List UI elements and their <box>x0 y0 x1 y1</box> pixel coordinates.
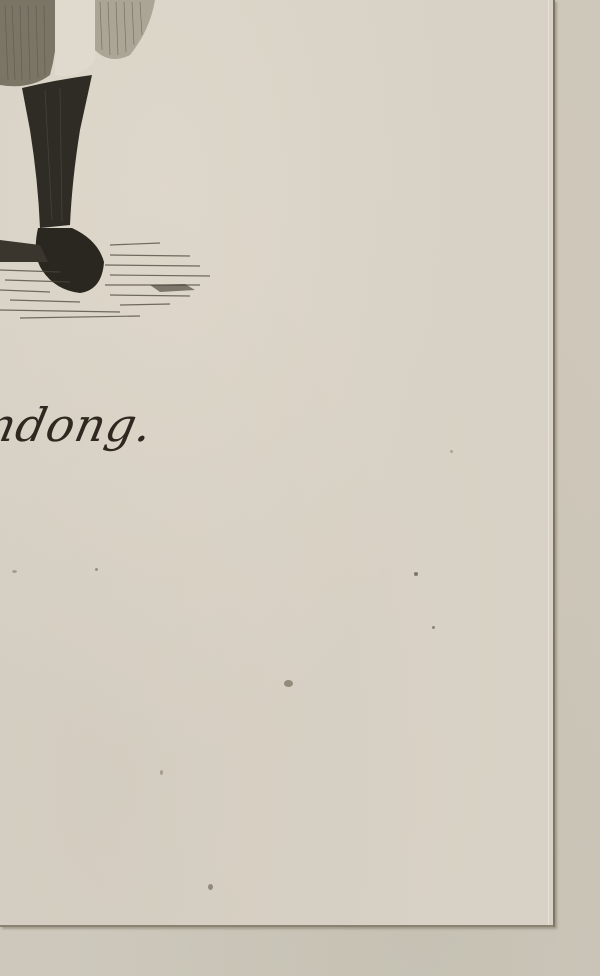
garment-hatching <box>0 0 155 86</box>
engraving-plate: ndong. <box>0 0 555 927</box>
foxing-speck <box>414 572 418 576</box>
foxing-speck <box>450 450 453 453</box>
engraving-caption: ndong. <box>0 398 158 452</box>
plate-edge-highlight <box>548 0 549 925</box>
foxing-speck <box>160 770 163 775</box>
foxing-speck <box>12 570 17 573</box>
leg <box>22 75 92 228</box>
foxing-speck <box>432 626 435 629</box>
foxing-speck <box>208 884 213 890</box>
figure-illustration <box>0 0 230 330</box>
foxing-speck <box>284 680 293 687</box>
foxing-speck <box>95 568 98 571</box>
